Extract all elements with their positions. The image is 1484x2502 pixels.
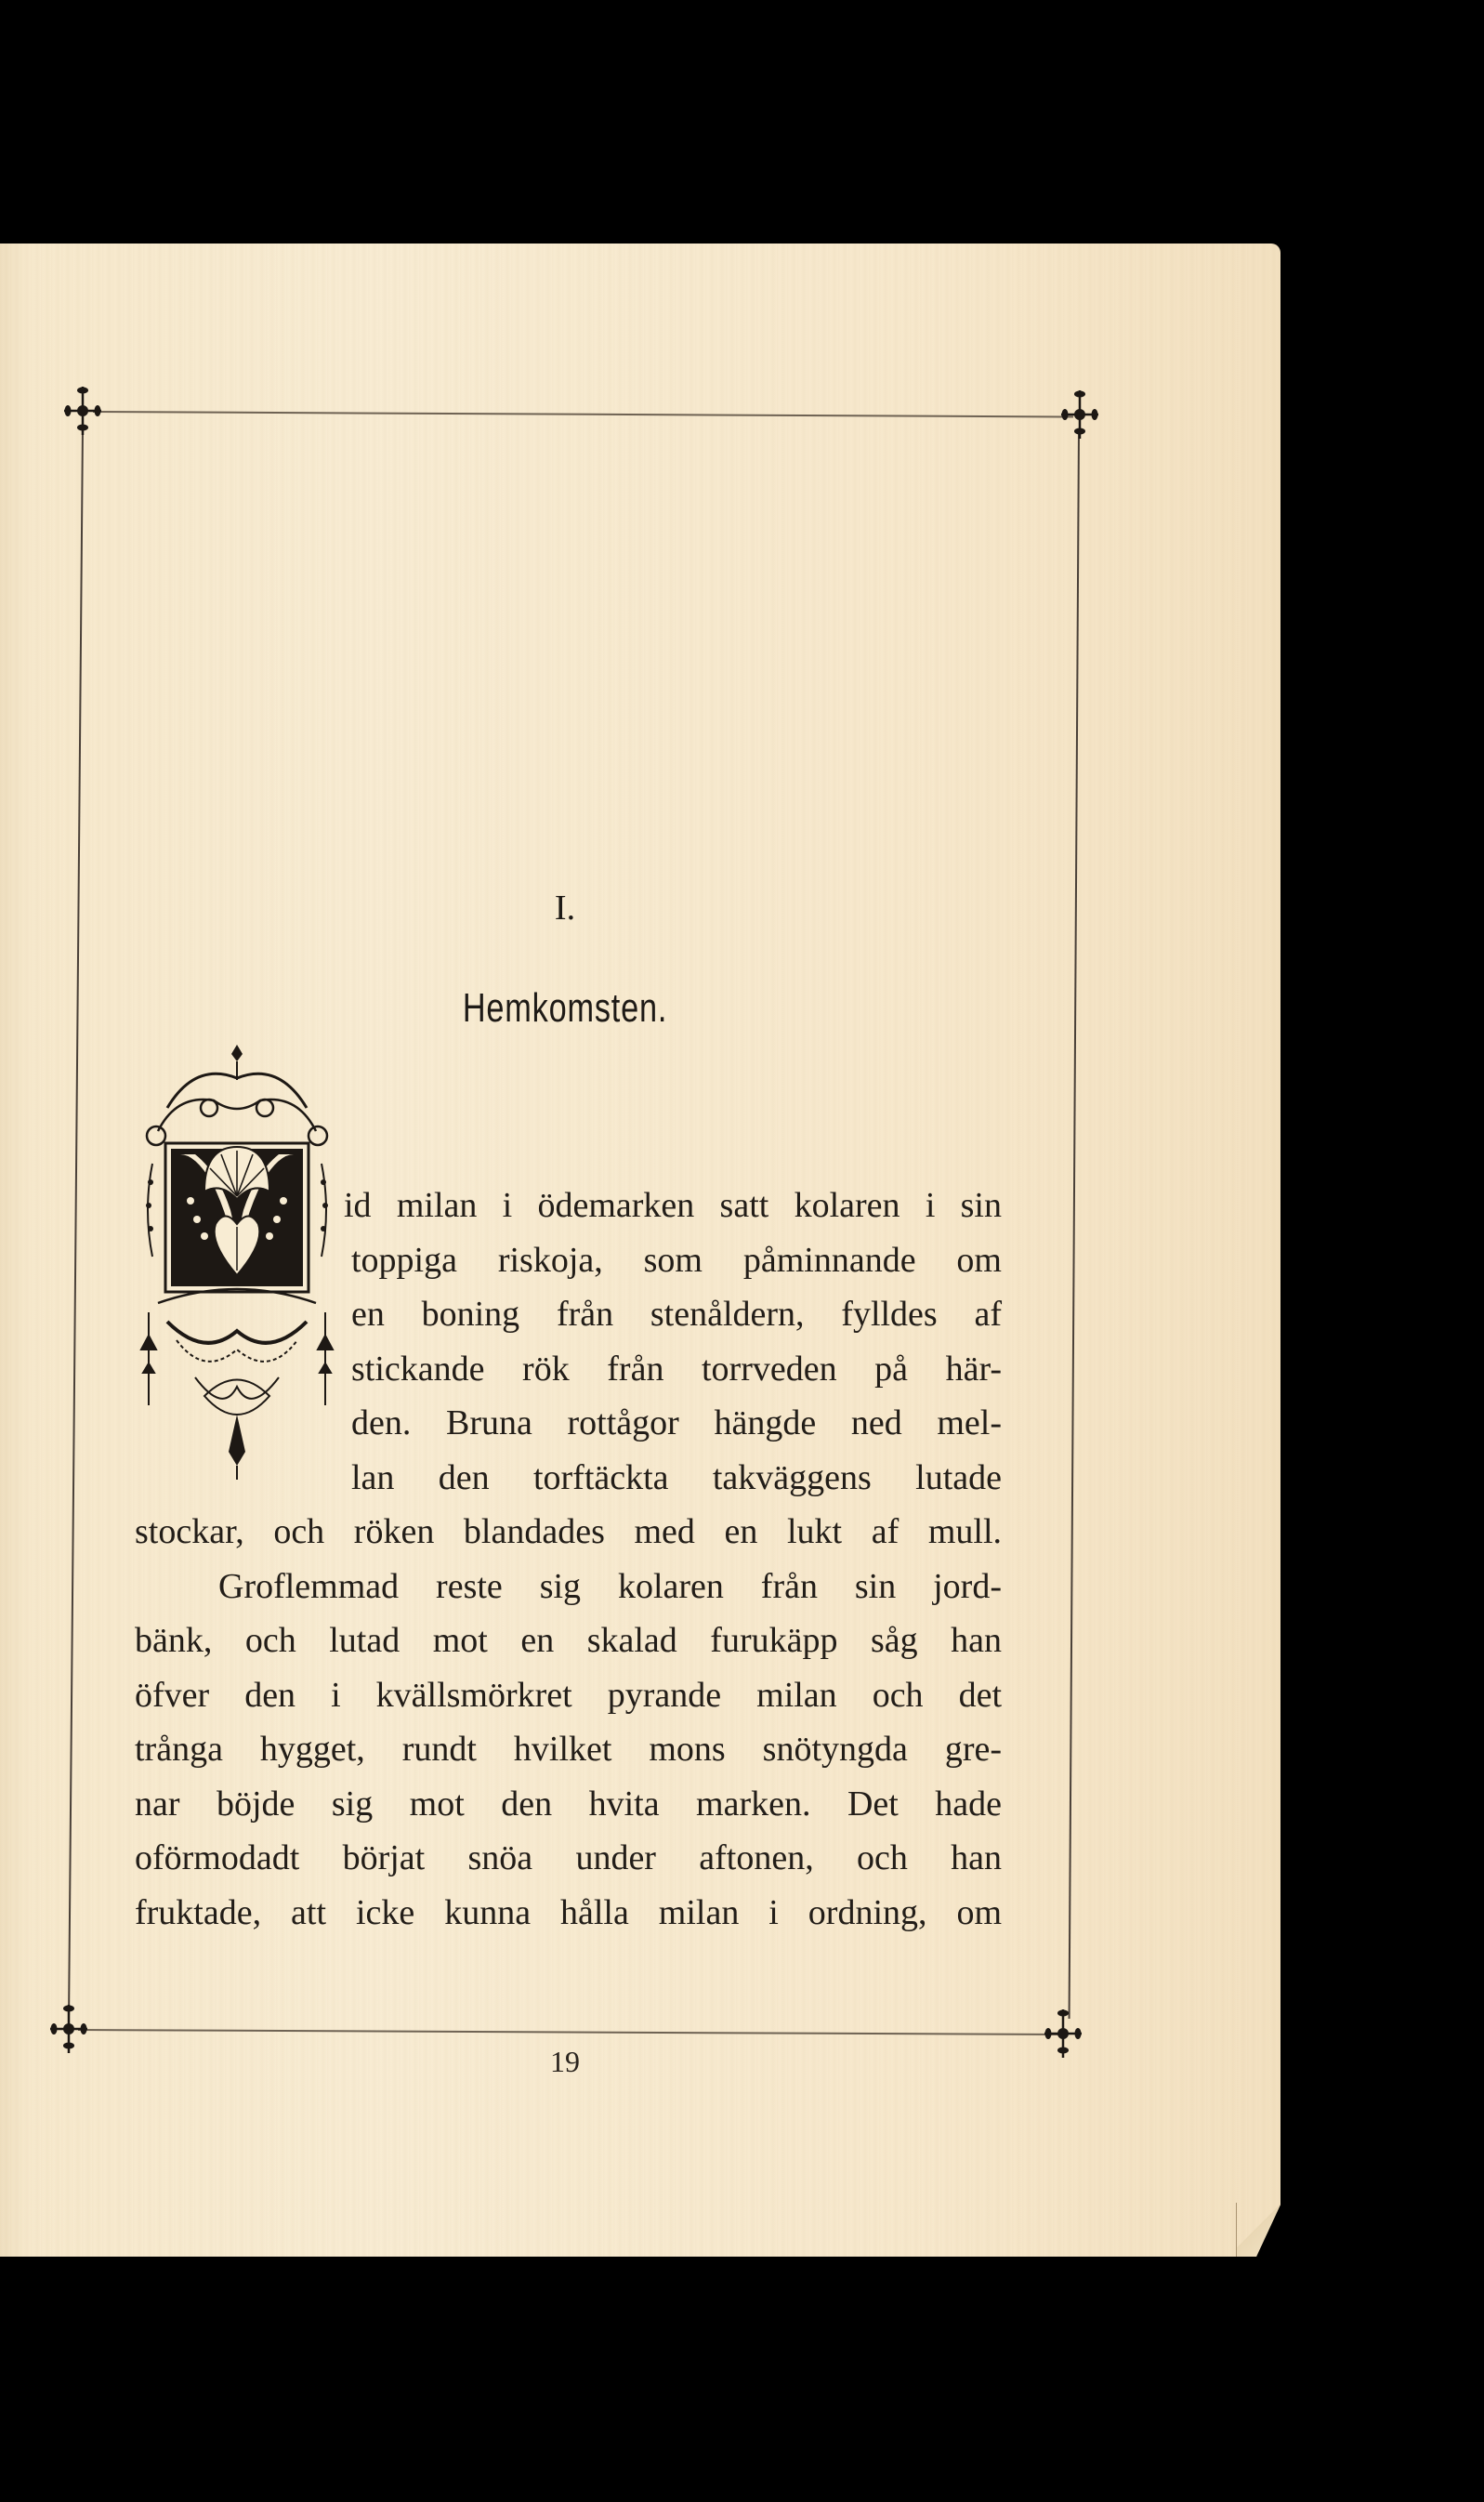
body-text-full: stockar, och röken blandades med en lukt…	[135, 1505, 1002, 1940]
chapter-title: Hemkomsten.	[125, 985, 1005, 1032]
text-line: öfver den i kvällsmörkret pyrande milan …	[135, 1668, 1002, 1723]
book-page: I. Hemkomsten.	[0, 244, 1280, 2257]
text-line: toppiga riskoja, som påminnande om	[351, 1233, 1002, 1288]
text-line: oförmodadt börjat snöa under aftonen, oc…	[135, 1831, 1002, 1886]
text-line: stockar, och röken blandades med en lukt…	[135, 1505, 1002, 1560]
frame-top-rule	[93, 411, 1073, 418]
text-line: Groflemmad reste sig kolaren från sin jo…	[135, 1560, 1002, 1614]
text-line: en boning från stenåldern, fylldes af	[351, 1287, 1002, 1342]
text-line: id milan i ödemarken satt kolaren i sin	[344, 1179, 1002, 1233]
corner-ornament-top-right-icon	[1059, 387, 1100, 442]
body-text-wrapped: id milan i ödemarken satt kolaren i sin …	[344, 1179, 1002, 1505]
text-line: stickande rök från torrveden på här-	[351, 1342, 1002, 1397]
text-line: den. Bruna rottågor hängde ned mel-	[351, 1396, 1002, 1451]
corner-ornament-top-left-icon	[62, 383, 103, 439]
ornamental-initial-v-icon	[139, 1043, 335, 1480]
text-line: trånga hygget, rundt hvilket mons snötyn…	[135, 1722, 1002, 1777]
chapter-number: I.	[0, 888, 1130, 928]
text-line: bänk, och lutad mot en skalad furukäpp s…	[135, 1613, 1002, 1668]
frame-bottom-rule	[78, 2029, 1063, 2035]
frame-right-rule	[1069, 429, 1080, 2019]
text-line: lan den torftäckta takväggens lutade	[351, 1451, 1002, 1506]
frame-left-rule	[68, 426, 84, 2015]
text-line: fruktade, att icke kunna hålla milan i o…	[135, 1886, 1002, 1941]
page-number: 19	[0, 2045, 1130, 2079]
text-line: nar böjde sig mot den hvita marken. Det …	[135, 1777, 1002, 1832]
